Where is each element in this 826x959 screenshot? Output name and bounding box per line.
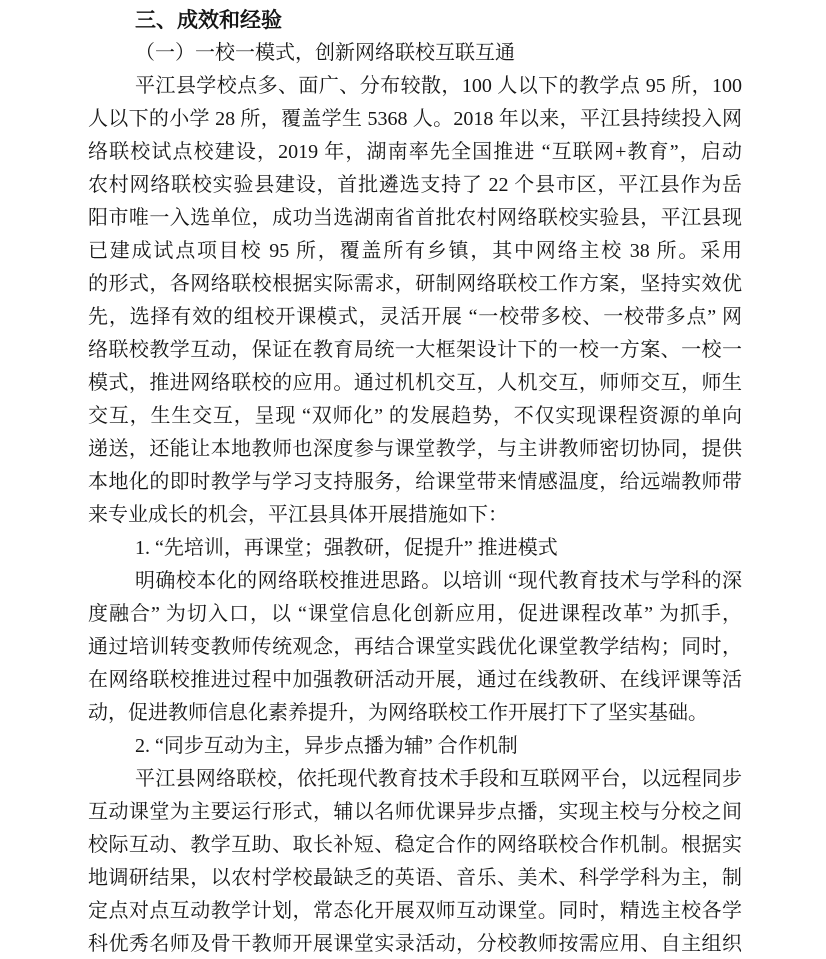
section-heading: 三、成效和经验 — [88, 4, 742, 37]
text-line: 明确校本化的网络联校推进思路。以培训 “现代教育技术与学科的深 — [88, 565, 742, 598]
text-line: 农村网络联校实验县建设，首批遴选支持了 22 个县市区，平江县作为岳 — [88, 169, 742, 202]
text-line: 通过培训转变教师传统观念，再结合课堂实践优化课堂教学结构；同时， — [88, 631, 742, 664]
text-line: 络联校试点校建设，2019 年，湖南率先全国推进 “互联网+教育”，启动 — [88, 136, 742, 169]
document-page: 三、成效和经验（一）一校一模式，创新网络联校互联互通平江县学校点多、面广、分布较… — [0, 0, 826, 959]
text-line: 定点对点互动教学计划，常态化开展双师互动课堂。同时，精选主校各学 — [88, 895, 742, 928]
text-line: 递送，还能让本地教师也深度参与课堂教学，与主讲教师密切协同，提供 — [88, 433, 742, 466]
text-line: 先，选择有效的组校开课模式，灵活开展 “一校带多校、一校带多点” 网 — [88, 301, 742, 334]
text-line: 的形式，各网络联校根据实际需求，研制网络联校工作方案，坚持实效优 — [88, 268, 742, 301]
text-line: 1. “先培训，再课堂；强教研，促提升” 推进模式 — [88, 532, 742, 565]
text-line: 平江县网络联校，依托现代教育技术手段和互联网平台，以远程同步 — [88, 763, 742, 796]
text-line: 校际互动、教学互助、取长补短、稳定合作的网络联校合作机制。根据实 — [88, 829, 742, 862]
text-line: 在网络联校推进过程中加强教研活动开展，通过在线教研、在线评课等活 — [88, 664, 742, 697]
text-line: 互动课堂为主要运行形式，辅以名师优课异步点播，实现主校与分校之间 — [88, 796, 742, 829]
text-line: 来专业成长的机会，平江县具体开展措施如下： — [88, 499, 742, 532]
text-line: 平江县学校点多、面广、分布较散，100 人以下的教学点 95 所，100 — [88, 70, 742, 103]
text-line: 已建成试点项目校 95 所，覆盖所有乡镇，其中网络主校 38 所。采用 “1+N… — [88, 235, 742, 268]
text-line: 络联校教学互动，保证在教育局统一大框架设计下的一校一方案、一校一 — [88, 334, 742, 367]
text-line: 科优秀名师及骨干教师开展课堂实录活动，分校教师按需应用、自主组织 — [88, 928, 742, 959]
text-line: 阳市唯一入选单位，成功当选湖南省首批农村网络联校实验县，平江县现 — [88, 202, 742, 235]
text-line: （一）一校一模式，创新网络联校互联互通 — [88, 37, 742, 70]
text-line: 人以下的小学 28 所，覆盖学生 5368 人。2018 年以来，平江县持续投入… — [88, 103, 742, 136]
text-line: 模式，推进网络联校的应用。通过机机交互，人机交互，师师交互，师生 — [88, 367, 742, 400]
text-line: 动，促进教师信息化素养提升，为网络联校工作开展打下了坚实基础。 — [88, 697, 742, 730]
text-line: 地调研结果，以农村学校最缺乏的英语、音乐、美术、科学学科为主，制 — [88, 862, 742, 895]
text-line: 本地化的即时教学与学习支持服务，给课堂带来情感温度，给远端教师带 — [88, 466, 742, 499]
document-body: 三、成效和经验（一）一校一模式，创新网络联校互联互通平江县学校点多、面广、分布较… — [88, 4, 742, 959]
text-line: 度融合” 为切入口，以 “课堂信息化创新应用，促进课程改革” 为抓手， — [88, 598, 742, 631]
text-line: 2. “同步互动为主，异步点播为辅” 合作机制 — [88, 730, 742, 763]
text-line: 交互，生生交互，呈现 “双师化” 的发展趋势，不仅实现课程资源的单向 — [88, 400, 742, 433]
